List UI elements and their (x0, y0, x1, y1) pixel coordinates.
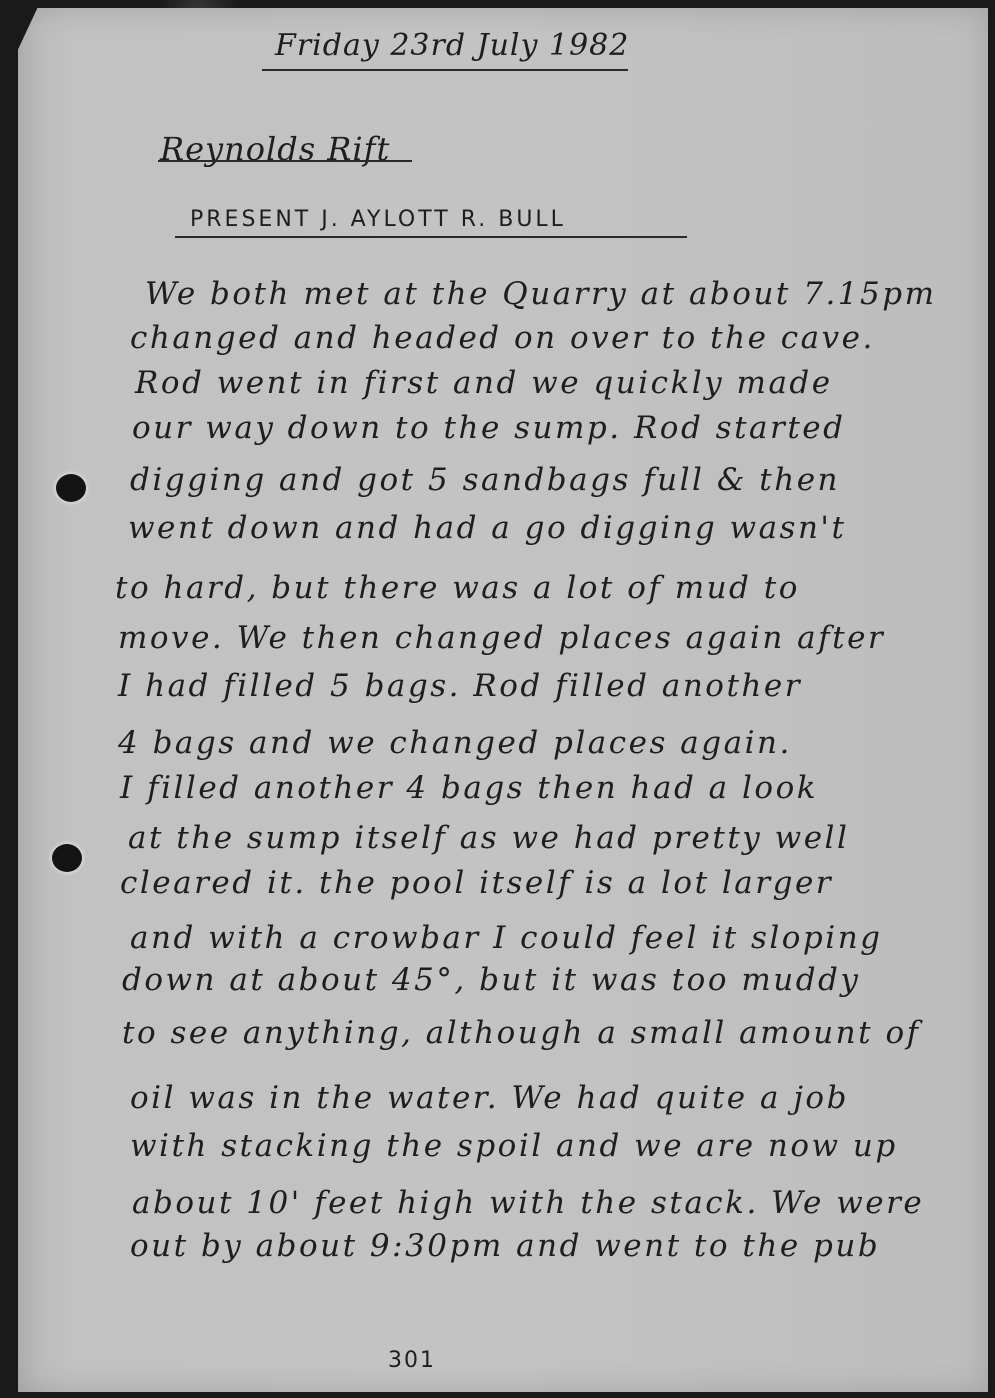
log-line: I filled another 4 bags then had a look (120, 770, 818, 806)
log-line: to see anything, although a small amount… (122, 1015, 921, 1051)
log-line: about 10' feet high with the stack. We w… (132, 1185, 924, 1221)
log-line: to hard, but there was a lot of mud to (115, 570, 800, 606)
log-line: digging and got 5 sandbags full & then (130, 462, 840, 498)
present-line: PRESENT J. AYLOTT R. BULL (190, 207, 566, 232)
present-underline (175, 236, 687, 238)
log-line: 4 bags and we changed places again. (118, 725, 792, 761)
log-line: changed and headed on over to the cave. (130, 320, 875, 356)
log-line: went down and had a go digging wasn't (128, 510, 846, 546)
location-underline (158, 160, 412, 162)
log-line: cleared it. the pool itself is a lot lar… (120, 865, 833, 901)
punch-hole-bottom (52, 844, 82, 872)
punch-hole-top (56, 474, 86, 502)
page-number: 301 (388, 1348, 436, 1373)
log-line: Rod went in first and we quickly made (135, 365, 833, 401)
location-heading: Reynolds Rift (160, 130, 390, 168)
log-line: and with a crowbar I could feel it slopi… (130, 920, 883, 956)
log-line: out by about 9:30pm and went to the pub (130, 1228, 880, 1264)
log-line: at the sump itself as we had pretty well (128, 820, 849, 856)
log-line: down at about 45°, but it was too muddy (122, 962, 860, 998)
log-line: I had filled 5 bags. Rod filled another (118, 668, 802, 704)
date-heading: Friday 23rd July 1982 (275, 28, 629, 63)
log-line: move. We then changed places again after (118, 620, 885, 656)
log-line: We both met at the Quarry at about 7.15p… (145, 276, 936, 312)
log-line: oil was in the water. We had quite a job (130, 1080, 849, 1116)
log-line: with stacking the spoil and we are now u… (130, 1128, 898, 1164)
date-underline (262, 69, 628, 71)
log-line: our way down to the sump. Rod started (132, 410, 845, 446)
